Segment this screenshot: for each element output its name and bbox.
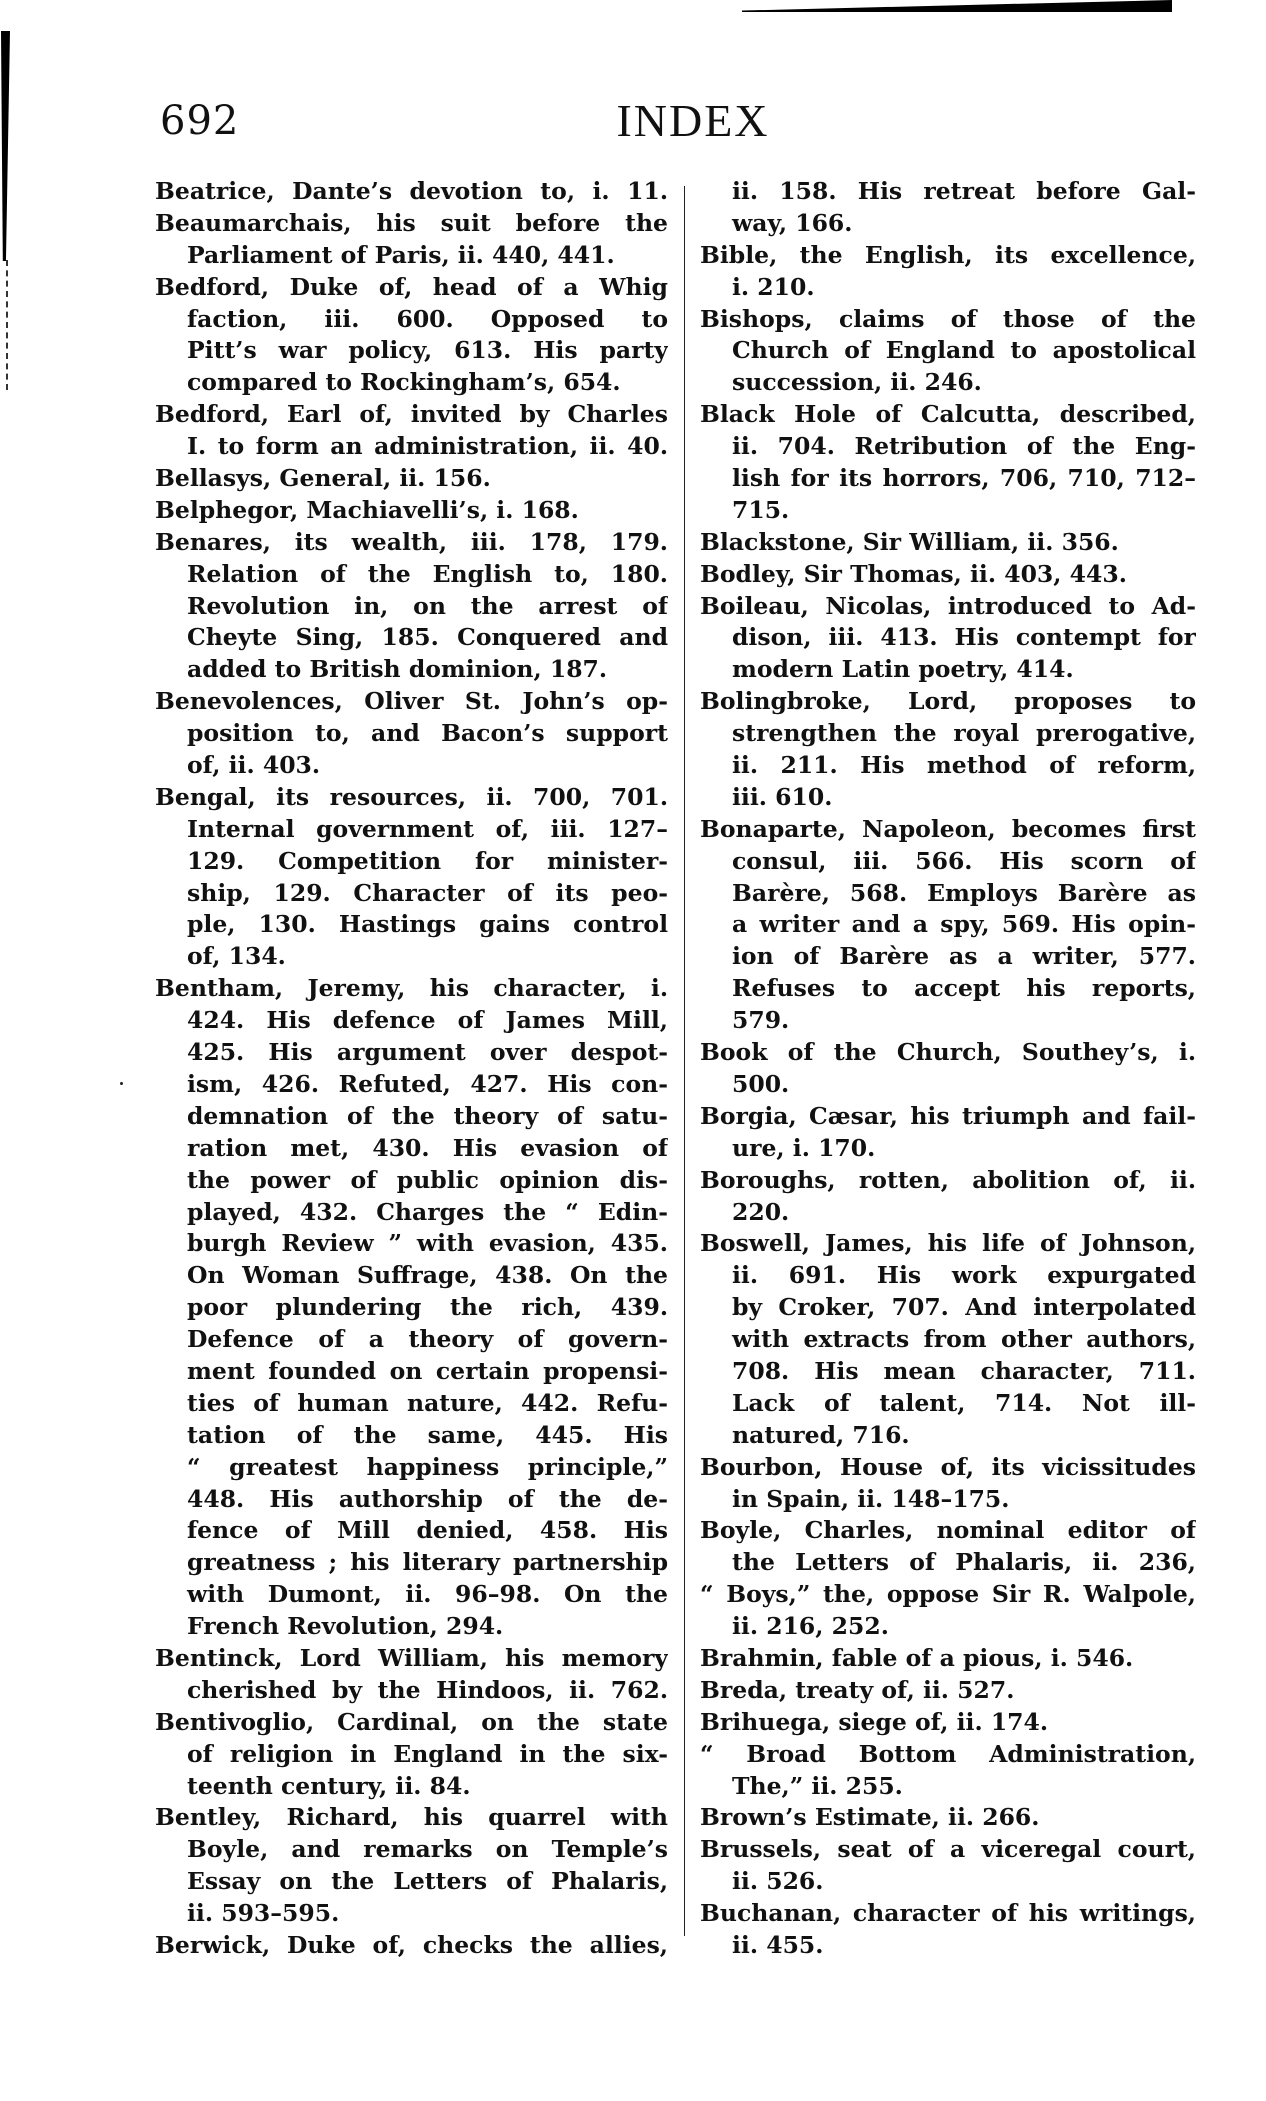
index-entry-continuation-line: 424. His defence of James Mill, [155,1005,668,1037]
index-entry-line: Bentinck, Lord William, his memory [155,1643,668,1675]
index-entry-line: “ Boys,” the, oppose Sir R. Walpole, [700,1579,1196,1611]
index-entry-continuation-line: by Croker, 707. And interpolated [700,1292,1196,1324]
index-entry-line: Bentivoglio, Cardinal, on the state [155,1707,668,1739]
index-entry-continuation-line: ure, i. 170. [700,1133,1196,1165]
index-entry-line: Berwick, Duke of, checks the allies, [155,1930,668,1962]
index-entry-continuation-line: of, 134. [155,941,668,973]
index-entry-continuation-line: ii. 704. Retribution of the Eng- [700,431,1196,463]
index-entry-line: Bourbon, House of, its vicissitudes [700,1452,1196,1484]
index-entry-continuation-line: dison, iii. 413. His contempt for [700,622,1196,654]
column-divider [684,186,685,1936]
index-entry-continuation-line: Boyle, and remarks on Temple’s [155,1834,668,1866]
index-entry-line: Bonaparte, Napoleon, becomes first [700,814,1196,846]
index-entry-continuation-line: with extracts from other authors, [700,1324,1196,1356]
index-entry-continuation-line: consul, iii. 566. His scorn of [700,846,1196,878]
index-entry-line: Bishops, claims of those of the [700,304,1196,336]
index-entry-continuation-line: 500. [700,1069,1196,1101]
index-entry-continuation-line: i. 210. [700,272,1196,304]
index-entry-continuation-line: Refuses to accept his reports, [700,973,1196,1005]
index-entry-line: Bedford, Duke of, head of a Whig [155,272,668,304]
index-entry-line: “ Broad Bottom Administration, [700,1739,1196,1771]
index-entry-line: Boileau, Nicolas, introduced to Ad- [700,591,1196,623]
index-entry-continuation-line: faction, iii. 600. Opposed to [155,304,668,336]
scan-edge-left-marks [6,260,10,390]
index-entry-continuation-line: 425. His argument over despot- [155,1037,668,1069]
index-entry-continuation-line: ment founded on certain propensi- [155,1356,668,1388]
stray-ink-dot [120,1082,123,1085]
index-entry-continuation-line: Defence of a theory of govern- [155,1324,668,1356]
index-entry-continuation-line: Parliament of Paris, ii. 440, 441. [155,240,668,272]
page-number: 692 [160,98,239,144]
index-entry-continuation-line: position to, and Bacon’s support [155,718,668,750]
index-entry-continuation-line: ism, 426. Refuted, 427. His con- [155,1069,668,1101]
index-entry-continuation-line: ii. 526. [700,1866,1196,1898]
index-entry-continuation-line: ii. 593–595. [155,1898,668,1930]
index-entry-continuation-line: of religion in England in the six- [155,1739,668,1771]
index-entry-continuation-line: Internal government of, iii. 127– [155,814,668,846]
running-head-title: INDEX [600,94,786,147]
index-entry-continuation-line: 129. Competition for minister- [155,846,668,878]
index-entry-continuation-line: “ greatest happiness principle,” [155,1452,668,1484]
index-entry-line: Bentley, Richard, his quarrel with [155,1802,668,1834]
index-entry-continuation-line: ship, 129. Character of its peo- [155,878,668,910]
index-entry-line: Borgia, Cæsar, his triumph and fail- [700,1101,1196,1133]
index-entry-continuation-line: Revolution in, on the arrest of [155,591,668,623]
index-entry-continuation-line: tation of the same, 445. His [155,1420,668,1452]
index-column-left: Beatrice, Dante’s devotion to, i. 11.Bea… [155,176,668,1962]
index-entry-continuation-line: the power of public opinion dis- [155,1165,668,1197]
index-entry-line: Boroughs, rotten, abolition of, ii. [700,1165,1196,1197]
index-entry-continuation-line: ration met, 430. His evasion of [155,1133,668,1165]
index-entry-continuation-line: Church of England to apostolical [700,335,1196,367]
index-entry-continuation-line: poor plundering the rich, 439. [155,1292,668,1324]
index-entry-line: Beatrice, Dante’s devotion to, i. 11. [155,176,668,208]
index-entry-continuation-line: of, ii. 403. [155,750,668,782]
index-entry-continuation-line: strengthen the royal prerogative, [700,718,1196,750]
index-entry-continuation-line: a writer and a spy, 569. His opin- [700,909,1196,941]
index-entry-continuation-line: 708. His mean character, 711. [700,1356,1196,1388]
index-entry-continuation-line: ties of human nature, 442. Refu- [155,1388,668,1420]
index-entry-continuation-line: ple, 130. Hastings gains control [155,909,668,941]
scan-edge-top-rule [742,0,1172,12]
index-entry-continuation-line: iii. 610. [700,782,1196,814]
index-entry-continuation-line: 220. [700,1197,1196,1229]
index-entry-line: Benevolences, Oliver St. John’s op- [155,686,668,718]
index-entry-continuation-line: ion of Barère as a writer, 577. [700,941,1196,973]
index-entry-continuation-line: the Letters of Phalaris, ii. 236, 237. [700,1547,1196,1579]
index-entry-continuation-line: teenth century, ii. 84. [155,1771,668,1803]
index-entry-continuation-line: 715. [700,495,1196,527]
index-entry-continuation-line: demnation of the theory of satu- [155,1101,668,1133]
index-entry-continuation-line: compared to Rockingham’s, 654. [155,367,668,399]
index-entry-line: Bodley, Sir Thomas, ii. 403, 443. [700,559,1196,591]
index-entry-line: Bolingbroke, Lord, proposes to [700,686,1196,718]
index-entry-continuation-line: Lack of talent, 714. Not ill- [700,1388,1196,1420]
index-entry-continuation-line: ii. 216, 252. [700,1611,1196,1643]
index-entry-line: Bellasys, General, ii. 156. [155,463,668,495]
index-entry-continuation-line: greatness ; his literary partnership [155,1547,668,1579]
index-entry-line: Benares, its wealth, iii. 178, 179. [155,527,668,559]
index-entry-line: Belphegor, Machiavelli’s, i. 168. [155,495,668,527]
index-entry-continuation-line: Essay on the Letters of Phalaris, [155,1866,668,1898]
index-entry-continuation-line: succession, ii. 246. [700,367,1196,399]
index-entry-line: Breda, treaty of, ii. 527. [700,1675,1196,1707]
index-entry-continuation-line: 579. [700,1005,1196,1037]
index-entry-line: Beaumarchais, his suit before the [155,208,668,240]
index-entry-line: Bible, the English, its excellence, [700,240,1196,272]
index-column-right: ii. 158. His retreat before Gal-way, 166… [700,176,1196,1962]
index-entry-line: Bentham, Jeremy, his character, i. [155,973,668,1005]
index-entry-continuation-line: The,” ii. 255. [700,1771,1196,1803]
index-entry-continuation-line: ii. 211. His method of reform, [700,750,1196,782]
index-entry-continuation-line: 448. His authorship of the de- [155,1484,668,1516]
index-entry-continuation-line: played, 432. Charges the “ Edin- [155,1197,668,1229]
scan-edge-left-bar [1,31,10,261]
index-entry-line: Brown’s Estimate, ii. 266. [700,1802,1196,1834]
index-entry-continuation-line: burgh Review ” with evasion, 435. [155,1228,668,1260]
index-entry-continuation-line: ii. 158. His retreat before Gal- [700,176,1196,208]
index-entry-continuation-line: way, 166. [700,208,1196,240]
index-entry-line: Buchanan, character of his writings, [700,1898,1196,1930]
index-entry-line: Bengal, its resources, ii. 700, 701. [155,782,668,814]
index-entry-continuation-line: added to British dominion, 187. [155,654,668,686]
index-entry-line: Blackstone, Sir William, ii. 356. [700,527,1196,559]
index-entry-continuation-line: ii. 691. His work expurgated [700,1260,1196,1292]
index-entry-line: Bedford, Earl of, invited by Charles [155,399,668,431]
index-entry-continuation-line: fence of Mill denied, 458. His [155,1515,668,1547]
index-entry-continuation-line: with Dumont, ii. 96–98. On the [155,1579,668,1611]
index-entry-line: Book of the Church, Southey’s, i. [700,1037,1196,1069]
index-entry-continuation-line: lish for its horrors, 706, 710, 712– [700,463,1196,495]
index-entry-line: Boyle, Charles, nominal editor of [700,1515,1196,1547]
index-entry-line: Brihuega, siege of, ii. 174. [700,1707,1196,1739]
index-entry-continuation-line: cherished by the Hindoos, ii. 762. [155,1675,668,1707]
index-entry-continuation-line: ii. 455. [700,1930,1196,1962]
index-entry-line: Brussels, seat of a viceregal court, [700,1834,1196,1866]
index-entry-continuation-line: Relation of the English to, 180. [155,559,668,591]
index-entry-continuation-line: natured, 716. [700,1420,1196,1452]
index-entry-continuation-line: in Spain, ii. 148–175. [700,1484,1196,1516]
index-entry-continuation-line: Pitt’s war policy, 613. His party [155,335,668,367]
index-entry-continuation-line: On Woman Suffrage, 438. On the [155,1260,668,1292]
index-entry-line: Boswell, James, his life of Johnson, [700,1228,1196,1260]
index-entry-continuation-line: French Revolution, 294. [155,1611,668,1643]
index-entry-continuation-line: modern Latin poetry, 414. [700,654,1196,686]
index-entry-continuation-line: I. to form an administration, ii. 40. [155,431,668,463]
index-entry-continuation-line: Barère, 568. Employs Barère as [700,878,1196,910]
index-entry-line: Brahmin, fable of a pious, i. 546. [700,1643,1196,1675]
index-entry-line: Black Hole of Calcutta, described, [700,399,1196,431]
index-entry-continuation-line: Cheyte Sing, 185. Conquered and [155,622,668,654]
